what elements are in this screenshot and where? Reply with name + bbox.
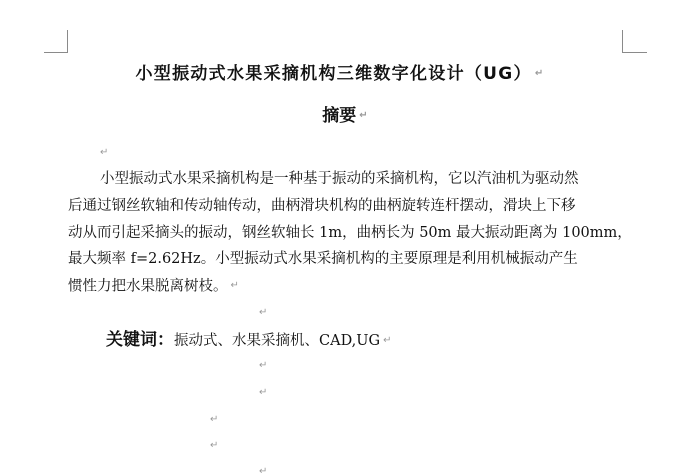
abstract-paragraph[interactable]: 小型振动式水果采摘机构是一种基于振动的采摘机构，它以汽油机为驱动然 后通过钢丝软… <box>68 166 624 300</box>
abstract-line: 后通过钢丝软轴和传动轴传动，曲柄滑块机构的曲柄旋转连杆摆动，滑块上下移 <box>68 193 624 220</box>
paragraph-mark-icon: ↵ <box>259 467 267 475</box>
paragraph-mark-icon: ↵ <box>259 388 267 398</box>
keywords-label: 关键词： <box>106 330 174 350</box>
paragraph-mark-icon: ↵ <box>259 361 267 371</box>
paragraph-mark-icon: ↵ <box>383 335 391 346</box>
abstract-line: 惯性力把水果脱离树枝。 <box>68 279 228 295</box>
abstract-line: 最大频率 f=2.62Hz。小型振动式水果采摘机构的主要原理是利用机械振动产生 <box>68 246 624 273</box>
paragraph-mark-icon: ↵ <box>259 308 267 318</box>
keywords-line[interactable]: 关键词：振动式、水果采摘机、CAD,UG↵ <box>106 328 391 353</box>
paragraph-mark-icon: ↵ <box>210 441 218 451</box>
paragraph-mark-icon: ↵ <box>231 280 239 291</box>
paragraph-mark-icon: ↵ <box>100 148 108 158</box>
paragraph-mark-icon: ↵ <box>535 68 545 79</box>
page-corner-mark-top-right <box>622 30 647 53</box>
paragraph-mark-icon: ↵ <box>359 110 367 121</box>
document-title-text: 小型振动式水果采摘机构三维数字化设计（UG） <box>135 64 531 84</box>
page-corner-mark-top-left <box>44 30 68 53</box>
document-title[interactable]: 小型振动式水果采摘机构三维数字化设计（UG）↵ <box>0 62 680 86</box>
abstract-line: 小型振动式水果采摘机构是一种基于振动的采摘机构，它以汽油机为驱动然 <box>68 166 624 193</box>
paragraph-mark-icon: ↵ <box>210 415 218 425</box>
abstract-heading[interactable]: 摘要↵ <box>0 104 680 128</box>
abstract-heading-text: 摘要 <box>322 106 356 126</box>
abstract-line: 动从而引起采摘头的振动，钢丝软轴长 1m，曲柄长为 50m 最大振动距离为 10… <box>68 220 624 247</box>
keywords-value: 振动式、水果采摘机、CAD,UG <box>174 333 380 349</box>
